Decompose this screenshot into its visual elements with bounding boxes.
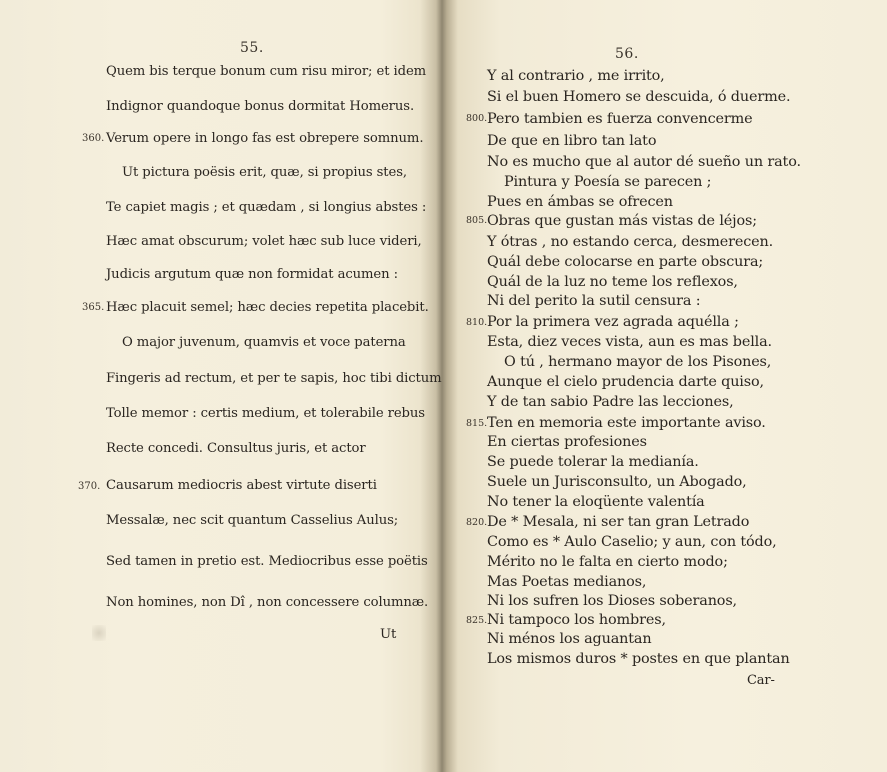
left-page: 55. Quem bis terque bonum cum risu miror…: [0, 0, 440, 772]
verse-line: Hæc amat obscurum; volet hæc sub luce vi…: [106, 234, 422, 250]
verse-line: Se puede tolerar la medianía.: [487, 453, 699, 471]
line-number: 815.: [466, 418, 487, 429]
verse-line: Ut pictura poësis erit, quæ, si propius …: [122, 165, 407, 181]
verse-line: Quál debe colocarse en parte obscura;: [487, 253, 763, 271]
verse-line: Y de tan sabio Padre las lecciones,: [487, 393, 734, 411]
line-number: 800.: [466, 113, 487, 124]
verse-line: Esta, diez veces vista, aun es mas bella…: [487, 333, 772, 351]
verse-line: Judicis argutum quæ non formidat acumen …: [106, 267, 398, 283]
line-number: 820.: [466, 517, 487, 528]
verse-line: Ni tampoco los hombres,: [487, 611, 666, 629]
verse-line: Pues en ámbas se ofrecen: [487, 193, 673, 211]
verse-line: Y ótras , no estando cerca, desmerecen.: [487, 233, 773, 251]
verse-line: Non homines, non Dî , non concessere col…: [106, 595, 428, 611]
line-number: 825.: [466, 615, 487, 626]
verse-line: Obras que gustan más vistas de léjos;: [487, 212, 757, 230]
verse-line: Y al contrario , me irrito,: [487, 67, 665, 85]
verse-line: En ciertas profesiones: [487, 433, 647, 451]
verse-line: Los mismos duros * postes en que plantan: [487, 650, 790, 668]
verse-line: Suele un Jurisconsulto, un Abogado,: [487, 473, 747, 491]
verse-line: Quem bis terque bonum cum risu miror; et…: [106, 64, 426, 80]
verse-line: Sed tamen in pretio est. Mediocribus ess…: [106, 554, 428, 570]
verse-line: Te capiet magis ; et quædam , si longius…: [106, 200, 426, 216]
verse-line: No tener la eloqüente valentía: [487, 493, 705, 511]
verse-line: Mérito no le falta en cierto modo;: [487, 553, 728, 571]
verse-line: No es mucho que al autor dé sueño un rat…: [487, 153, 801, 171]
verse-line: Ni ménos los aguantan: [487, 630, 651, 648]
line-number: 365.: [82, 302, 104, 313]
verse-line: O major juvenum, quamvis et voce paterna: [122, 335, 406, 351]
line-number: 360.: [82, 133, 104, 144]
verse-line: O tú , hermano mayor de los Pisones,: [504, 353, 771, 371]
verse-line: Verum opere in longo fas est obrepere so…: [106, 131, 423, 147]
book-spread: 55. Quem bis terque bonum cum risu miror…: [0, 0, 887, 772]
verse-line: Aunque el cielo prudencia darte quiso,: [487, 373, 764, 391]
verse-line: Hæc placuit semel; hæc decies repetita p…: [106, 300, 429, 316]
verse-line: Como es * Aulo Caselio; y aun, con tódo,: [487, 533, 777, 551]
line-number: 370.: [78, 481, 100, 492]
right-page: 56. Y al contrario , me irrito, Si el bu…: [447, 0, 887, 772]
verse-line: Ni los sufren los Dioses soberanos,: [487, 592, 737, 610]
verse-line: Por la primera vez agrada aquélla ;: [487, 313, 739, 331]
verse-line: Recte concedi. Consultus juris, et actor: [106, 441, 366, 457]
verse-line: Mas Poetas medianos,: [487, 573, 646, 591]
verse-line: Quál de la luz no teme los reflexos,: [487, 273, 738, 291]
verse-line: De * Mesala, ni ser tan gran Letrado: [487, 513, 749, 531]
verse-line: Causarum mediocris abest virtute diserti: [106, 478, 377, 494]
verse-line: Si el buen Homero se descuida, ó duerme.: [487, 88, 790, 106]
line-number: 810.: [466, 317, 487, 328]
verse-line: Messalæ, nec scit quantum Casselius Aulu…: [106, 513, 398, 529]
catchword: Ut: [380, 627, 396, 643]
verse-line: Tolle memor : certis medium, et tolerabi…: [106, 406, 425, 422]
page-number: 56.: [615, 46, 639, 62]
verse-line: Pintura y Poesía se parecen ;: [504, 173, 711, 191]
verse-line: Ten en memoria este importante aviso.: [487, 414, 766, 432]
verse-line: Fingeris ad rectum, et per te sapis, hoc…: [106, 371, 442, 387]
verse-line: De que en libro tan lato: [487, 132, 656, 150]
verse-line: Indignor quandoque bonus dormitat Homeru…: [106, 99, 414, 115]
paper-stain: [92, 625, 106, 641]
verse-line: Pero tambien es fuerza convencerme: [487, 110, 752, 128]
page-number: 55.: [240, 40, 264, 56]
line-number: 805.: [466, 215, 487, 226]
verse-line: Ni del perito la sutil censura :: [487, 292, 700, 310]
catchword: Car-: [747, 672, 775, 690]
